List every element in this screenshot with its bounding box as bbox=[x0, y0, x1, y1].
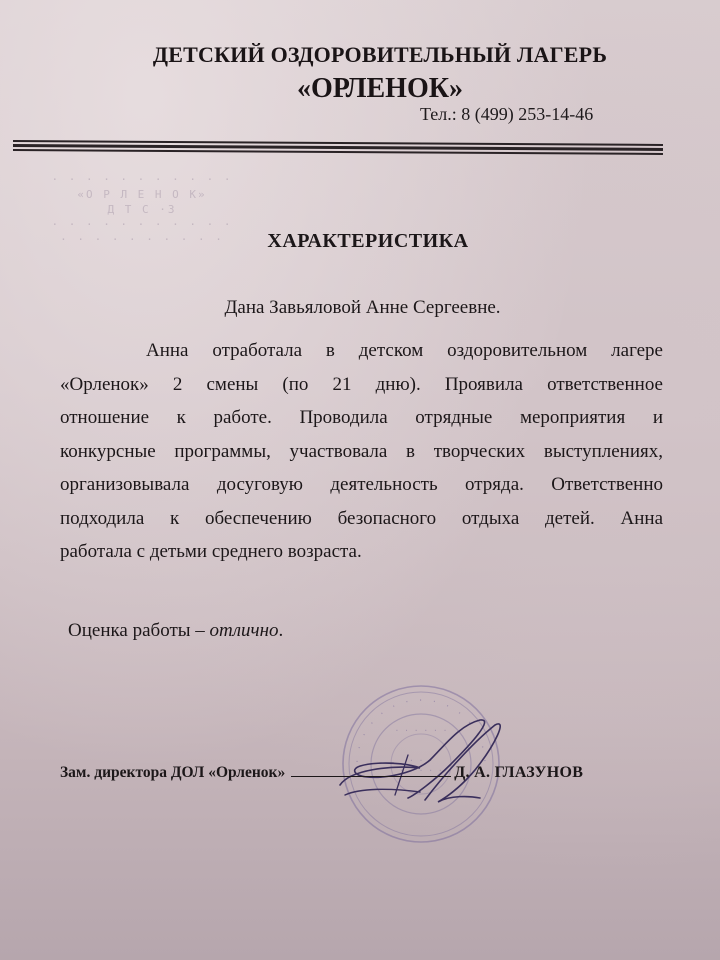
body-line: работала с детьми среднего возраста. bbox=[60, 535, 663, 569]
signature-block: Зам. директора ДОЛ «Орленок» Д. А. ГЛАЗУ… bbox=[60, 762, 660, 782]
grade-value: отлично bbox=[210, 620, 279, 641]
faint-stamp-line: «О Р Л Е Н О К» bbox=[12, 187, 272, 202]
body-line: организовывала досуговую деятельность от… bbox=[60, 468, 663, 502]
grade-label: Оценка работы – bbox=[68, 620, 210, 641]
characteristic-body: Анна отработала в детском оздоровительно… bbox=[60, 334, 663, 569]
grade-end: . bbox=[279, 620, 284, 641]
body-line: отношение к работе. Проводила отрядные м… bbox=[60, 401, 663, 435]
document-page: ДЕТСКИЙ ОЗДОРОВИТЕЛЬНЫЙ ЛАГЕРЬ «ОРЛЕНОК»… bbox=[0, 0, 720, 960]
body-line: конкурсные программы, участвовала в твор… bbox=[60, 435, 663, 469]
work-grade: Оценка работы – отлично. bbox=[68, 620, 283, 642]
camp-name: «ОРЛЕНОК» bbox=[0, 73, 720, 105]
document-title: ХАРАКТЕРИСТИКА bbox=[0, 230, 720, 253]
signer-position: Зам. директора ДОЛ «Орленок» bbox=[60, 764, 285, 782]
body-line: подходила к обеспечению безопасного отды… bbox=[60, 502, 663, 536]
faint-stamp-line: · · · · · · · · · · · bbox=[12, 172, 272, 187]
phone-number: Тел.: 8 (499) 253-14-46 bbox=[420, 104, 593, 125]
faint-stamp-line: Д Т С ·3 bbox=[12, 202, 272, 217]
handwritten-signature bbox=[330, 700, 510, 810]
organization-header: ДЕТСКИЙ ОЗДОРОВИТЕЛЬНЫЙ ЛАГЕРЬ bbox=[0, 42, 720, 68]
body-line: «Орленок» 2 смены (по 21 дню). Проявила … bbox=[60, 368, 663, 402]
recipient-line: Дана Завьяловой Анне Сергеевне. bbox=[0, 297, 720, 319]
signer-name: Д. А. ГЛАЗУНОВ bbox=[454, 764, 583, 782]
body-line: Анна отработала в детском оздоровительно… bbox=[60, 334, 663, 368]
signature-line bbox=[291, 762, 451, 777]
